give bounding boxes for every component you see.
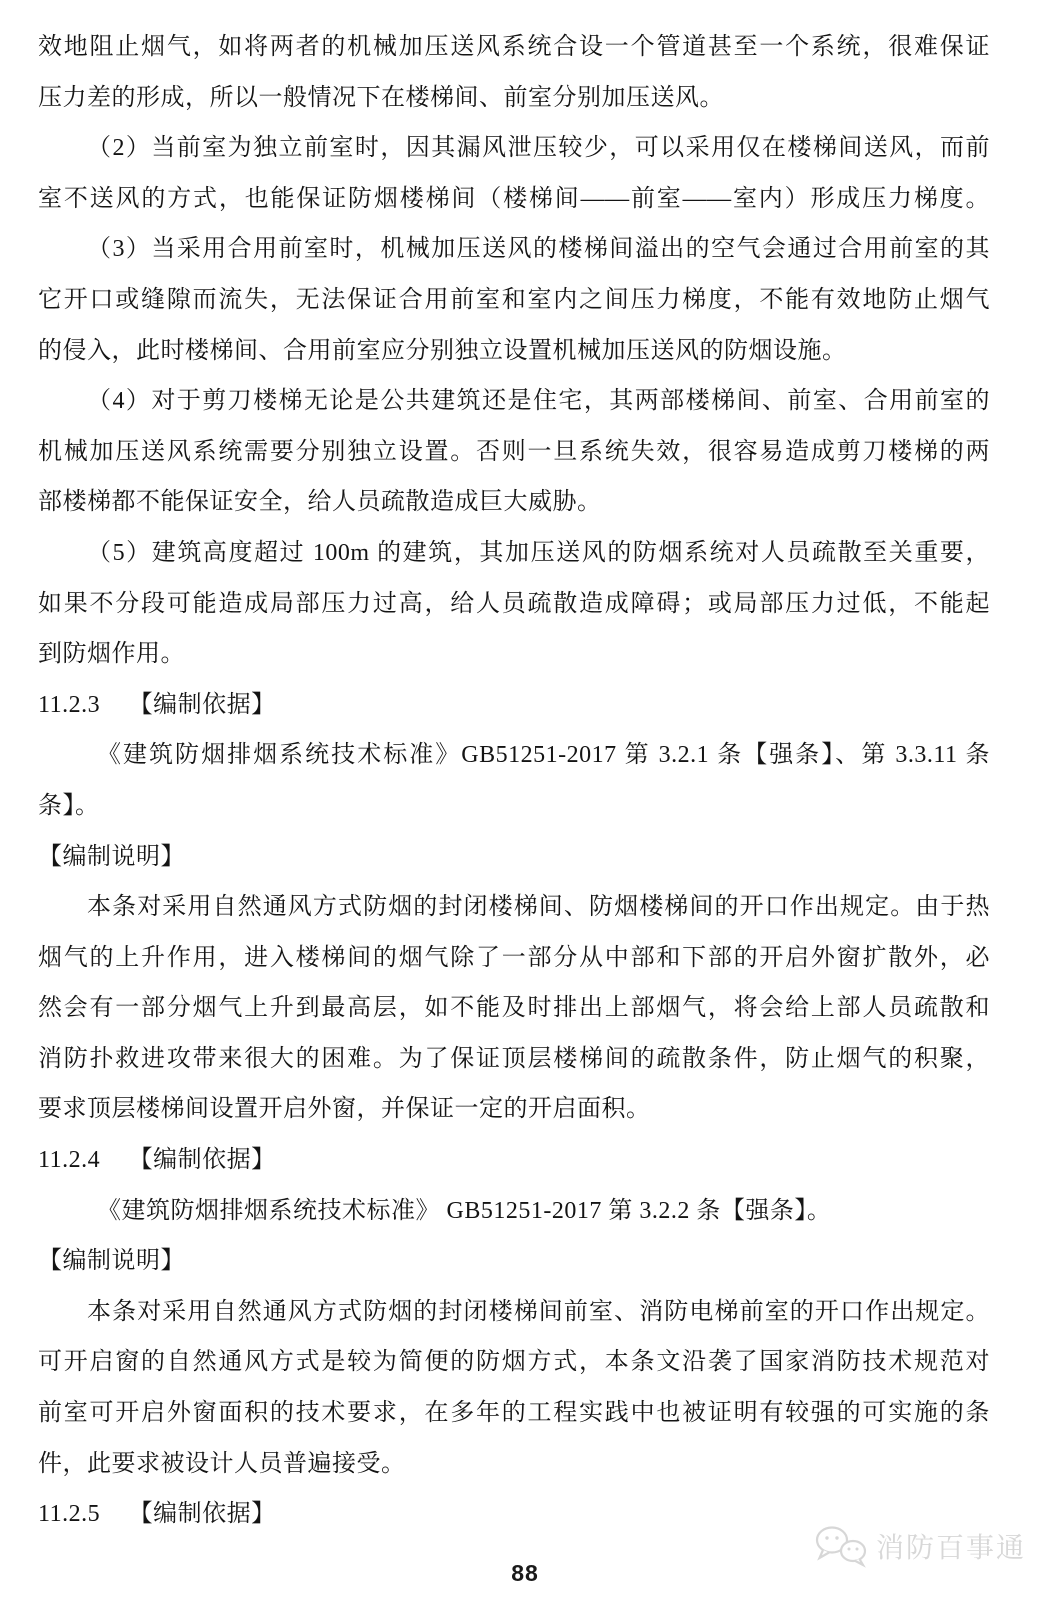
reference-line: 《建筑防烟排烟系统技术标准》GB51251-2017 第 3.2.1 条【强条】… (38, 730, 990, 781)
body-text-line: 机械加压送风系统需要分别独立设置。否则一旦系统失效，很容易造成剪刀楼梯的两 (38, 427, 990, 478)
body-text-line: 本条对采用自然通风方式防烟的封闭楼梯间前室、消防电梯前室的开口作出规定。 (38, 1287, 990, 1338)
body-text-line: 前室可开启外窗面积的技术要求，在多年的工程实践中也被证明有较强的可实施的条 (38, 1388, 990, 1439)
body-text-line: 如果不分段可能造成局部压力过高，给人员疏散造成障碍；或局部压力过低，不能起 (38, 579, 990, 630)
body-text-line: 可开启窗的自然通风方式是较为简便的防烟方式，本条文沿袭了国家消防技术规范对 (38, 1337, 990, 1388)
document-body: 效地阻止烟气，如将两者的机械加压送风系统合设一个管道甚至一个系统，很难保证 压力… (38, 22, 990, 1540)
reference-line: 条】。 (38, 781, 990, 832)
body-text-line: （5）建筑高度超过 100m 的建筑，其加压送风的防烟系统对人员疏散至关重要， (38, 528, 990, 579)
body-text-line: 到防烟作用。 (38, 629, 990, 680)
body-text-line: （2）当前室为独立前室时，因其漏风泄压较少，可以采用仅在楼梯间送风，而前 (38, 123, 990, 174)
body-text-line: 本条对采用自然通风方式防烟的封闭楼梯间、防烟楼梯间的开口作出规定。由于热 (38, 882, 990, 933)
body-text-line: 压力差的形成，所以一般情况下在楼梯间、前室分别加压送风。 (38, 73, 990, 124)
body-text-line: 烟气的上升作用，进入楼梯间的烟气除了一部分从中部和下部的开启外窗扩散外，必 (38, 933, 990, 984)
reference-line: 《建筑防烟排烟系统技术标准》 GB51251-2017 第 3.2.2 条【强条… (38, 1186, 990, 1237)
subsection-heading: 【编制说明】 (38, 832, 990, 883)
body-text-line: 室不送风的方式，也能保证防烟楼梯间（楼梯间——前室——室内）形成压力梯度。 (38, 174, 990, 225)
body-text-line: 件，此要求被设计人员普遍接受。 (38, 1439, 990, 1490)
body-text-line: 消防扑救进攻带来很大的困难。为了保证顶层楼梯间的疏散条件，防止烟气的积聚， (38, 1034, 990, 1085)
body-text-line: 效地阻止烟气，如将两者的机械加压送风系统合设一个管道甚至一个系统，很难保证 (38, 22, 990, 73)
body-text-line: （4）对于剪刀楼梯无论是公共建筑还是住宅，其两部楼梯间、前室、合用前室的 (38, 376, 990, 427)
body-text-line: 它开口或缝隙而流失，无法保证合用前室和室内之间压力梯度，不能有效地防止烟气 (38, 275, 990, 326)
body-text-line: 部楼梯都不能保证安全，给人员疏散造成巨大威胁。 (38, 477, 990, 528)
subsection-heading: 【编制说明】 (38, 1236, 990, 1287)
section-heading-11-2-3: 11.2.3 【编制依据】 (38, 680, 990, 731)
page-number: 88 (0, 1560, 1050, 1587)
body-text-line: 的侵入，此时楼梯间、合用前室应分别独立设置机械加压送风的防烟设施。 (38, 326, 990, 377)
body-text-line: （3）当采用合用前室时，机械加压送风的楼梯间溢出的空气会通过合用前室的其 (38, 224, 990, 275)
section-heading-11-2-4: 11.2.4 【编制依据】 (38, 1135, 990, 1186)
body-text-line: 然会有一部分烟气上升到最高层，如不能及时排出上部烟气，将会给上部人员疏散和 (38, 983, 990, 1034)
body-text-line: 要求顶层楼梯间设置开启外窗，并保证一定的开启面积。 (38, 1084, 990, 1135)
